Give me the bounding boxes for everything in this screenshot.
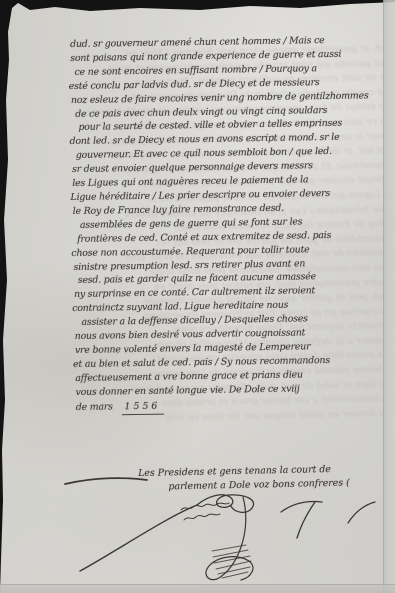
paraph-hatching xyxy=(212,545,251,578)
adjacent-page-edge xyxy=(383,0,395,593)
paraph-descender xyxy=(206,497,253,580)
bottom-page-edge xyxy=(0,584,395,593)
closing-line: parlement a Dole voz bons confreres ( xyxy=(168,477,350,495)
paraph-diagonal xyxy=(80,505,197,571)
manuscript-scan: dud. sr gouverneur amené chun cent homme… xyxy=(0,0,395,593)
letter-body-lines: dud. sr gouverneur amené chun cent homme… xyxy=(70,33,395,400)
check-flourish xyxy=(281,501,322,538)
letter-body: dud. sr gouverneur amené chun cent homme… xyxy=(70,33,395,416)
date-year-underlined: 1556 xyxy=(121,399,163,416)
small-right-flourish xyxy=(348,502,375,523)
date-prefix: de mars xyxy=(76,401,113,413)
closing-dash-flourish xyxy=(65,478,147,484)
closing-block: Les Presidens et gens tenans la court de… xyxy=(138,463,350,495)
paraph-loops xyxy=(197,495,254,513)
signature-scribble xyxy=(181,503,229,520)
manuscript-page: dud. sr gouverneur amené chun cent homme… xyxy=(0,0,395,593)
